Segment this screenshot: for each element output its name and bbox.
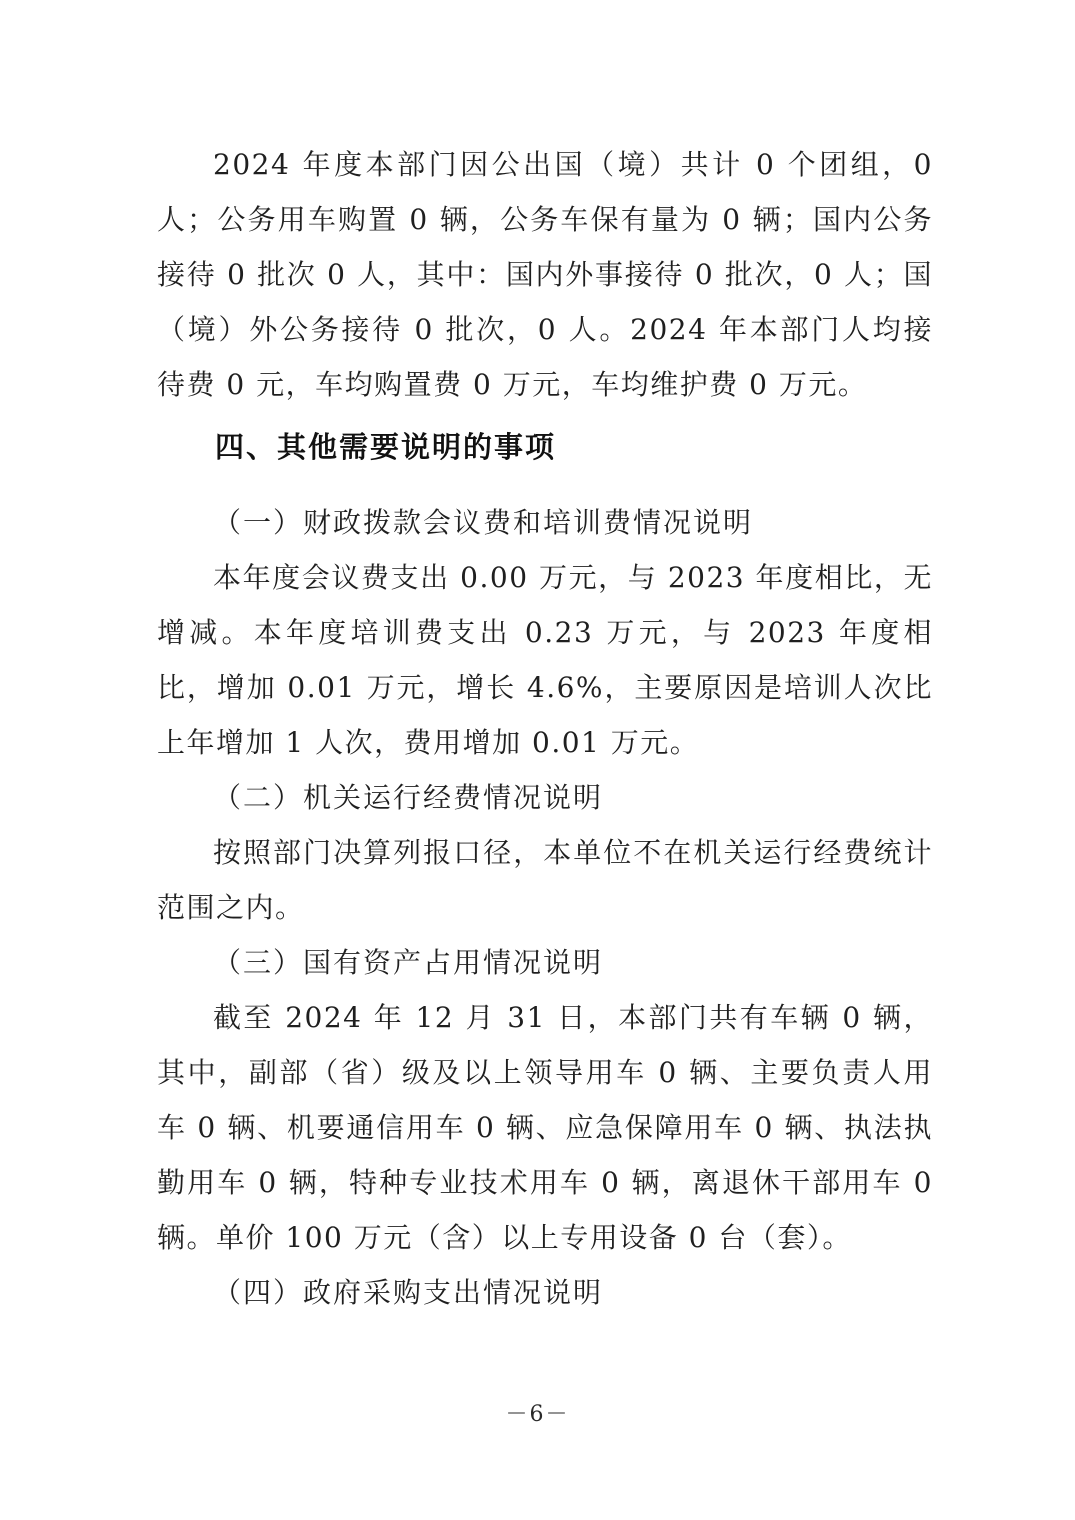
subsection-body-meeting-training-fees: 本年度会议费支出 0.00 万元，与 2023 年度相比，无增减。本年度培训费支… — [157, 550, 933, 770]
subsection-heading-government-procurement: （四）政府采购支出情况说明 — [157, 1265, 933, 1320]
subsection-body-operating-funds: 按照部门决算列报口径，本单位不在机关运行经费统计范围之内。 — [157, 825, 933, 935]
section-heading-other-notes: 四、其他需要说明的事项 — [157, 420, 933, 475]
intro-paragraph: 2024 年度本部门因公出国（境）共计 0 个团组，0 人；公务用车购置 0 辆… — [157, 137, 933, 412]
subsection-heading-operating-funds: （二）机关运行经费情况说明 — [157, 770, 933, 825]
document-content: 2024 年度本部门因公出国（境）共计 0 个团组，0 人；公务用车购置 0 辆… — [157, 137, 933, 1320]
page-number: －6－ — [0, 1399, 1075, 1431]
subsection-heading-meeting-training-fees: （一）财政拨款会议费和培训费情况说明 — [157, 495, 933, 550]
document-page: 2024 年度本部门因公出国（境）共计 0 个团组，0 人；公务用车购置 0 辆… — [0, 0, 1075, 1520]
subsection-heading-state-assets: （三）国有资产占用情况说明 — [157, 935, 933, 990]
subsection-body-state-assets: 截至 2024 年 12 月 31 日，本部门共有车辆 0 辆，其中，副部（省）… — [157, 990, 933, 1265]
